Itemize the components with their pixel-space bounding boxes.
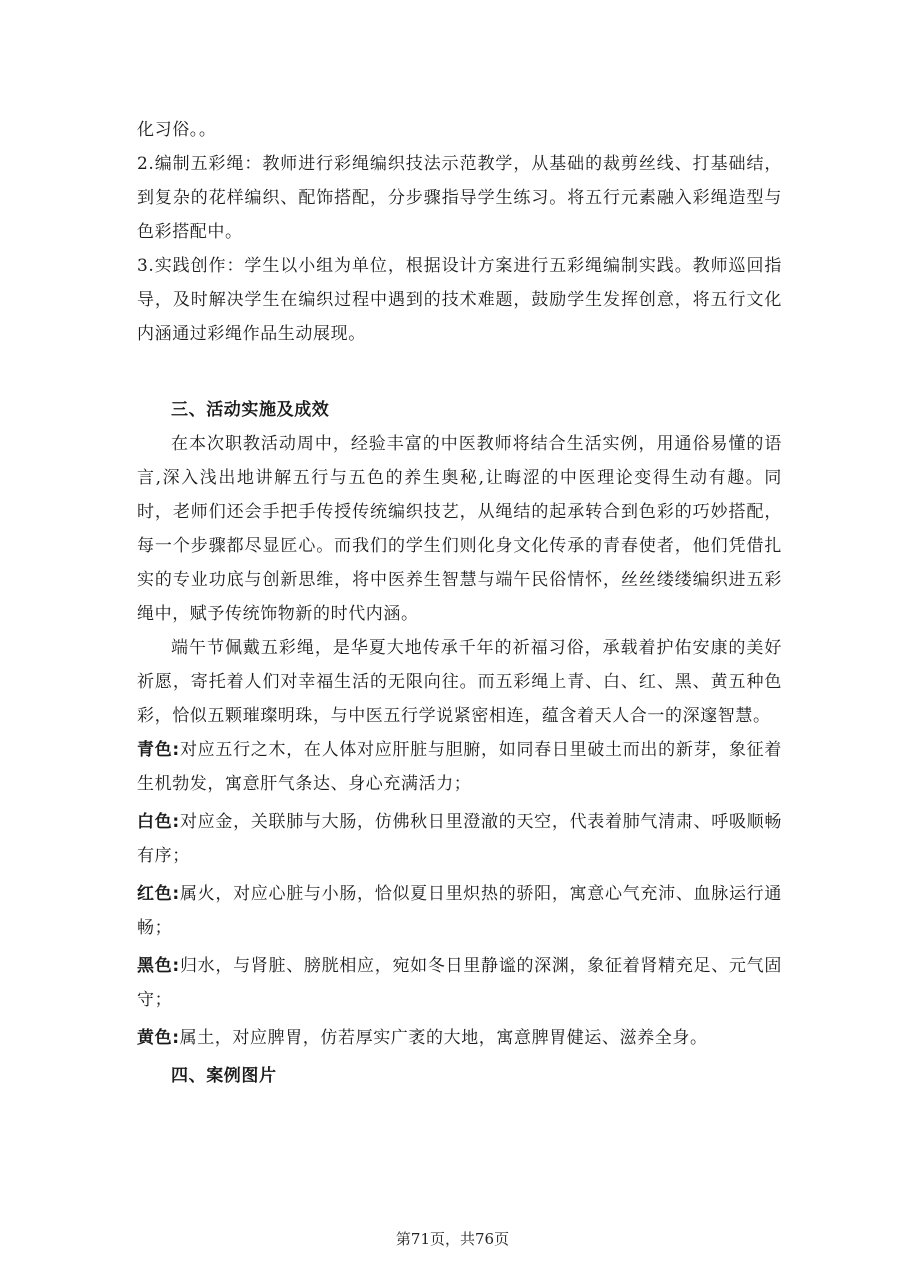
section3-paragraph-2: 端午节佩戴五彩绳，是华夏大地传承千年的祈福习俗，承载着护佑安康的美好祈愿，寄托着… [137,631,782,733]
color-item-yellow: 黄色:属土，对应脾胃，仿若厚实广袤的大地，寓意脾胃健运、滋养全身。 [137,1021,782,1055]
document-page: 化习俗。。 2.编制五彩绳：教师进行彩绳编织技法示范教学，从基础的裁剪丝线、打基… [0,0,905,1280]
list-item-3: 3.实践创作：学生以小组为单位，根据设计方案进行五彩绳编制实践。教师巡回指导，及… [137,249,782,351]
list-item-2: 2.编制五彩绳：教师进行彩绳编织技法示范教学，从基础的裁剪丝线、打基础结，到复杂… [137,147,782,249]
section3-paragraph-1: 在本次职教活动周中，经验丰富的中医教师将结合生活实例，用通俗易懂的语言,深入浅出… [137,427,782,631]
color-label: 黑色: [137,956,180,976]
section-heading-4: 四、案例图片 [137,1059,782,1093]
page-number-footer: 第71页，共76页 [0,1228,905,1249]
color-label: 黄色: [137,1028,180,1048]
section-heading-3: 三、活动实施及成效 [137,393,782,427]
color-item-cyan: 青色:对应五行之木，在人体对应肝脏与胆腑，如同春日里破土而出的新芽，象征着生机勃… [137,733,782,801]
color-label: 白色: [137,812,180,832]
page-content: 化习俗。。 2.编制五彩绳：教师进行彩绳编织技法示范教学，从基础的裁剪丝线、打基… [137,113,782,1093]
color-description: 对应五行之木，在人体对应肝脏与胆腑，如同春日里破土而出的新芽，象征着生机勃发，寓… [137,740,782,794]
section-spacer [137,351,782,393]
color-item-black: 黑色:归水，与肾脏、膀胱相应，宛如冬日里静谧的深渊，象征着肾精充足、元气固守； [137,949,782,1017]
color-label: 红色: [137,884,180,904]
color-description: 归水，与肾脏、膀胱相应，宛如冬日里静谧的深渊，象征着肾精充足、元气固守； [137,956,782,1010]
color-description: 属火，对应心脏与小肠，恰似夏日里炽热的骄阳，寓意心气充沛、血脉运行通畅； [137,884,782,938]
continuation-text: 化习俗。。 [137,113,782,147]
color-description: 对应金，关联肺与大肠，仿佛秋日里澄澈的天空，代表着肺气清肃、呼吸顺畅有序； [137,812,782,866]
color-item-red: 红色:属火，对应心脏与小肠，恰似夏日里炽热的骄阳，寓意心气充沛、血脉运行通畅； [137,877,782,945]
color-item-white: 白色:对应金，关联肺与大肠，仿佛秋日里澄澈的天空，代表着肺气清肃、呼吸顺畅有序； [137,805,782,873]
color-label: 青色: [137,740,180,760]
color-description: 属土，对应脾胃，仿若厚实广袤的大地，寓意脾胃健运、滋养全身。 [180,1028,708,1048]
